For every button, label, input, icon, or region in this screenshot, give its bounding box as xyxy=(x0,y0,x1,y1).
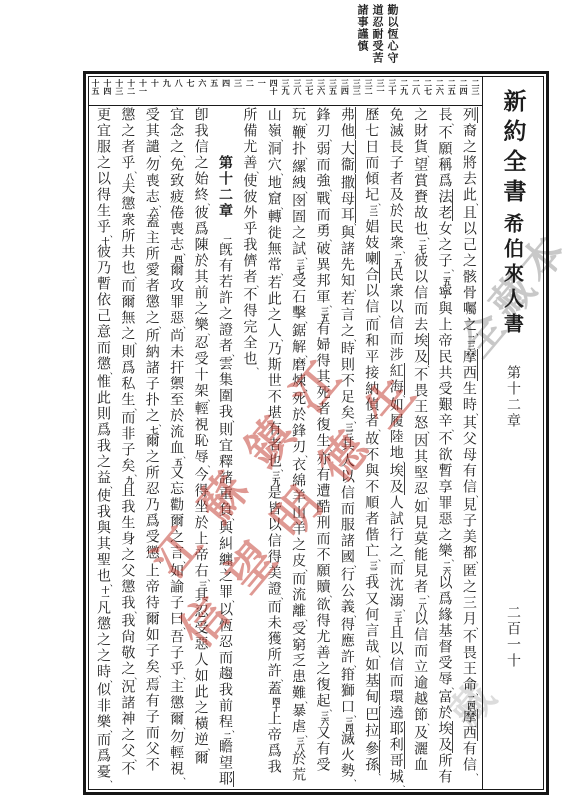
inline-verse-number: 二八 xyxy=(418,597,428,611)
ideographic-comma: 、 xyxy=(126,611,136,613)
inline-verse-number: 三五 xyxy=(321,307,331,321)
ideographic-comma: 、 xyxy=(297,157,307,159)
ideographic-comma: 、 xyxy=(297,619,307,621)
inline-verse-number: 二六 xyxy=(442,561,452,575)
ideographic-comma: 、 xyxy=(273,207,283,209)
ideographic-comma: 、 xyxy=(273,273,283,275)
ideographic-comma: 、 xyxy=(346,665,356,667)
ideographic-comma: 、 xyxy=(175,677,185,679)
margin-verse-number: 三七 xyxy=(306,79,314,95)
ideographic-comma: 、 xyxy=(175,155,185,157)
proper-noun-mark: 紅海 xyxy=(388,363,405,395)
ideographic-comma: 、 xyxy=(395,559,405,561)
ideographic-comma: 、 xyxy=(126,677,136,679)
ideographic-comma: 、 xyxy=(419,431,429,433)
proper-noun-mark: 摩西 xyxy=(461,349,478,381)
margin-verse-number: 十 xyxy=(151,79,159,87)
proper-noun-mark: 埃及 xyxy=(412,333,429,365)
ideographic-comma: 、 xyxy=(419,365,429,367)
proper-noun-mark: 埃及 xyxy=(436,721,453,753)
ideographic-comma: 、 xyxy=(273,679,283,681)
inline-verse-number: 二七 xyxy=(418,239,428,253)
inline-verse-number: 二四 xyxy=(467,695,477,709)
ideographic-comma: 、 xyxy=(273,597,283,599)
ideographic-comma: 、 xyxy=(248,367,258,369)
proper-noun-mark: 耶利哥 xyxy=(388,721,405,769)
margin-verse-number: 三四 xyxy=(341,79,349,95)
ideographic-comma: 、 xyxy=(346,173,356,175)
ideographic-comma: 、 xyxy=(151,675,161,677)
inline-verse-number: 三三 xyxy=(345,423,355,437)
ideographic-comma: 、 xyxy=(102,680,112,682)
text-column: 卽我信之始終、彼爲陳於其前之樂、忍受十架、輕視恥辱、今得坐於上帝右、三其忍受惡人… xyxy=(190,107,212,787)
ideographic-comma: 、 xyxy=(224,518,234,520)
text-column: 宜念之、免致疲倦喪志、四爾攻罪惡、尚未扞禦至於流血、五又忘勸爾之言、如諭子曰、吾… xyxy=(165,107,187,787)
margin-verse-number: 八 xyxy=(175,79,183,87)
ideographic-comma: 、 xyxy=(346,565,356,567)
proper-noun-mark: 埃及 xyxy=(388,463,405,495)
margin-verse-number: 三八 xyxy=(294,79,302,95)
chapter-label: 第十二章 xyxy=(503,365,523,429)
ideographic-comma: 、 xyxy=(297,455,307,457)
summary-column: 道忍耐受苦 xyxy=(371,4,384,64)
ideographic-comma: 、 xyxy=(346,289,356,291)
ideographic-comma: 、 xyxy=(248,285,258,287)
text-column: 受其譴、勿喪志、六蓋主所愛者懲之、所納諸子扑之、七爾之所忍乃爲受懲、上帝待爾如子… xyxy=(141,107,163,787)
ideographic-comma: 、 xyxy=(200,333,210,335)
margin-verse-number: 三六 xyxy=(318,79,326,95)
ideographic-comma: 、 xyxy=(273,339,283,341)
inline-verse-number: 八 xyxy=(125,173,135,180)
margin-verse-number: 二九 xyxy=(401,79,409,95)
ideographic-comma: 、 xyxy=(322,449,332,451)
ideographic-comma: 、 xyxy=(322,139,332,141)
inline-verse-number: 二九 xyxy=(394,253,404,267)
ideographic-comma: 、 xyxy=(151,561,161,563)
chapter-heading: 第十二章 xyxy=(217,155,233,219)
text-column: 長、不願稱爲法老女之子、二五寧與上帝民共受艱辛、不欲暫享罪惡之樂、二六以爲緣基督… xyxy=(433,107,455,787)
ideographic-comma: 、 xyxy=(419,497,429,499)
ideographic-comma: 、 xyxy=(322,595,332,597)
inline-verse-number: 四十 xyxy=(272,697,282,711)
ideographic-comma: 、 xyxy=(126,408,136,410)
summary-column: 勤以恆心守 xyxy=(386,4,399,64)
ideographic-comma: 、 xyxy=(297,321,307,323)
margin-verse-number: 三二 xyxy=(365,79,373,95)
ideographic-comma: 、 xyxy=(346,339,356,341)
margin-verse-number: 二三 xyxy=(472,79,480,95)
text-column: 弗他、大衞、撒母耳、與諸先知、若言之、時則不足矣、三三其人以信而服諸國、行公義、… xyxy=(336,107,358,787)
margin-verse-number: 十一 xyxy=(140,79,148,95)
inline-verse-number: 三四 xyxy=(345,717,355,731)
inline-verse-number: 三六 xyxy=(321,711,331,725)
ideographic-comma: 、 xyxy=(443,123,453,125)
page-number: 二百一十 xyxy=(503,605,523,669)
ideographic-comma: 、 xyxy=(175,561,185,563)
ideographic-comma: 、 xyxy=(297,569,307,571)
ideographic-comma: 、 xyxy=(297,355,307,357)
margin-verse-number: 五 xyxy=(211,79,219,87)
ideographic-comma: 、 xyxy=(102,372,112,374)
margin-verse-number: 二七 xyxy=(425,79,433,95)
page-frame: 二三二四二五二六二七二八二九三十三一三二三三三四三五三六三七三八三九四十一二三四… xyxy=(88,76,544,790)
ideographic-comma: 、 xyxy=(346,779,356,781)
margin-verse-number: 九 xyxy=(163,79,171,87)
proper-noun-mark: 弗他 xyxy=(339,107,356,139)
ideographic-comma: 、 xyxy=(468,561,478,563)
ideographic-comma: 、 xyxy=(175,627,185,629)
ideographic-comma: 、 xyxy=(102,780,112,782)
ideographic-comma: 、 xyxy=(126,759,136,761)
proper-noun-mark: 參孫 xyxy=(363,741,380,773)
ideographic-comma: 、 xyxy=(175,777,185,779)
inline-verse-number: 三二 xyxy=(369,561,379,575)
proper-noun-mark: 撒母耳 xyxy=(339,175,356,223)
inline-verse-number: 二五 xyxy=(442,271,452,285)
inline-verse-number: 九 xyxy=(125,476,135,483)
text-column: 玩、鞭扑、縲絏、囹圄之試、三七受石擊、鋸解、磨煉、死於鋒刃、衣綿羊山羊之皮、而流… xyxy=(287,107,309,787)
margin-verse-number: 十五 xyxy=(92,79,100,95)
ideographic-comma: 、 xyxy=(468,773,478,775)
inline-verse-number: 六 xyxy=(150,207,160,214)
ideographic-comma: 、 xyxy=(200,203,210,205)
title-strip: 新約全書 希伯來人書 第十二章 二百一十 xyxy=(482,77,543,789)
ideographic-comma: 、 xyxy=(297,123,307,125)
ideographic-comma: 、 xyxy=(273,139,283,141)
proper-noun-mark: 摩西 xyxy=(461,709,478,741)
inline-verse-number: 三七 xyxy=(296,259,306,273)
margin-verse-number: 三三 xyxy=(353,79,361,95)
text-column: 歷七日而傾圮、三一娼妓喇合以信、而和平接納偵者、故不與不順者偕亡、三二我又何言哉… xyxy=(360,107,382,787)
ideographic-comma: 、 xyxy=(297,389,307,391)
margin-verse-number: 十四 xyxy=(104,79,112,95)
margin-verse-number: 三 xyxy=(235,79,243,87)
ideographic-comma: 、 xyxy=(200,748,210,750)
margin-verse-number: 十二 xyxy=(128,79,136,95)
text-column: 山嶺、洞穴、地窟、轉徙無常、若此之人、乃斯世不堪有者也、三九是皆以信得美證、而未… xyxy=(263,107,285,787)
margin-verse-number: 一 xyxy=(258,79,266,87)
margin-verse-number: 三十 xyxy=(389,79,397,95)
ideographic-comma: 、 xyxy=(443,429,453,431)
ideographic-comma: 、 xyxy=(468,495,478,497)
margin-verse-number: 三九 xyxy=(282,79,290,95)
ideographic-comma: 、 xyxy=(370,739,380,741)
text-column: 鋒刃、弱而強、戰而勇、破異邦軍、三五有婦得其死者復生、亦有遭酷刑而不願贖、欲得尤… xyxy=(312,107,334,787)
ideographic-comma: 、 xyxy=(224,354,234,356)
proper-noun-mark: 大衞 xyxy=(339,141,356,173)
text-column: 免滅長子者及於民衆、二九民衆以信而涉紅海、如履陸地、埃及人試行之、而沈溺、三十且… xyxy=(385,107,407,787)
inline-verse-number: 五 xyxy=(174,458,184,465)
ideographic-comma: 、 xyxy=(151,155,161,157)
chapter-summary-note: 勤以恆心守道忍耐受苦諸事謹慎 xyxy=(213,4,399,64)
ideographic-comma: 、 xyxy=(102,730,112,732)
inline-verse-number: 十 xyxy=(101,237,111,244)
ideographic-comma: 、 xyxy=(370,655,380,657)
inline-verse-number: 二三 xyxy=(467,335,477,349)
inline-verse-number: 二 xyxy=(223,732,233,739)
margin-verse-number: 三五 xyxy=(330,79,338,95)
book-title: 新約全書 xyxy=(497,89,530,209)
ideographic-comma: 、 xyxy=(273,173,283,175)
text-column: 更宜服之以得生乎、十彼乃暫依己意而懲、惟此則爲我之益、使我與其聖也、十一凡懲之之… xyxy=(92,107,114,787)
proper-noun-mark: 列 xyxy=(461,107,478,123)
ideographic-comma: 、 xyxy=(370,773,380,775)
text-column: 所備尤善、使彼外乎我儕者、不得完全也、 xyxy=(238,107,260,787)
ideographic-comma: 、 xyxy=(200,465,210,467)
ideographic-comma: 、 xyxy=(346,223,356,225)
margin-verse-number: 二 xyxy=(246,79,254,87)
ideographic-comma: 、 xyxy=(346,139,356,141)
ideographic-comma: 、 xyxy=(224,420,234,422)
ideographic-comma: 、 xyxy=(395,785,405,787)
ideographic-comma: 、 xyxy=(126,276,136,278)
ideographic-comma: 、 xyxy=(200,399,210,401)
ideographic-comma: 、 xyxy=(175,727,185,729)
text-column: 第十二章 一旣有若許之證者、雲集圍我、則宜釋諸重負、與糾纏之罪、以恆忍而趨我前程… xyxy=(214,107,236,787)
ideographic-comma: 、 xyxy=(468,627,478,629)
margin-verse-number: 四 xyxy=(223,79,231,87)
proper-noun-mark: 法老 xyxy=(436,189,453,221)
ideographic-comma: 、 xyxy=(322,189,332,191)
proper-noun-mark: 喇合 xyxy=(363,251,380,283)
ideographic-comma: 、 xyxy=(370,315,380,317)
text-column: 懲之者乎、八夫懲衆所共也、而爾無之、則爲私生、而非子矣、九且我生身之父懲我、我尙… xyxy=(116,107,138,787)
inline-verse-number: 一 xyxy=(223,235,233,242)
ideographic-comma: 、 xyxy=(151,326,161,328)
ideographic-comma: 、 xyxy=(102,486,112,488)
margin-verse-number: 二八 xyxy=(413,79,421,95)
margin-verse-number: 十三 xyxy=(116,79,124,95)
text-columns: 列裔之將去此、且以己之骸骨囑之、二三摩西生時、其父母有信、見子美都、匿之三月、不… xyxy=(92,107,480,787)
ideographic-comma: 、 xyxy=(126,342,136,344)
inline-verse-number: 四 xyxy=(174,255,184,262)
margin-verse-number: 二四 xyxy=(460,79,468,95)
inline-verse-number: 三 xyxy=(199,581,209,588)
ideographic-comma: 、 xyxy=(443,687,453,689)
ideographic-comma: 、 xyxy=(224,600,234,602)
summary-column: 諸事謹慎 xyxy=(356,4,369,64)
ideographic-comma: 、 xyxy=(468,203,478,205)
inline-verse-number: 三八 xyxy=(296,737,306,751)
inline-verse-number: 三一 xyxy=(369,205,379,219)
margin-verse-number: 二五 xyxy=(448,79,456,95)
ideographic-comma: 、 xyxy=(346,615,356,617)
ideographic-comma: 、 xyxy=(322,239,332,241)
proper-noun-mark: 巴拉 xyxy=(363,707,380,739)
ideographic-comma: 、 xyxy=(468,413,478,415)
margin-verse-number: 二六 xyxy=(436,79,444,95)
margin-verse-number: 四十 xyxy=(270,79,278,95)
proper-noun-mark: 基甸 xyxy=(363,673,380,705)
ideographic-comma: 、 xyxy=(395,461,405,463)
margin-verse-number: 七 xyxy=(187,79,195,87)
ideographic-comma: 、 xyxy=(419,155,429,157)
section-title: 希伯來人書 xyxy=(499,213,528,338)
text-column: 列裔之將去此、且以己之骸骨囑之、二三摩西生時、其父母有信、見子美都、匿之三月、不… xyxy=(458,107,480,787)
inline-verse-number: 七 xyxy=(150,426,160,433)
text-column: 之財貨、望賞賚故也、二七彼以信而去埃及、不畏王怒、因其堅忍、如見莫能見者、二八以… xyxy=(409,107,431,787)
inline-verse-number: 三九 xyxy=(272,471,282,485)
ideographic-comma: 、 xyxy=(248,171,258,173)
ideographic-comma: 、 xyxy=(175,326,185,328)
inline-verse-number: 十一 xyxy=(101,586,111,600)
ideographic-comma: 、 xyxy=(370,705,380,707)
ideographic-comma: 、 xyxy=(297,191,307,193)
margin-verse-number: 三一 xyxy=(377,79,385,95)
ideographic-comma: 、 xyxy=(419,723,429,725)
ideographic-comma: 、 xyxy=(297,701,307,703)
inline-verse-number: 三十 xyxy=(394,611,404,625)
ideographic-comma: 、 xyxy=(370,429,380,431)
verse-number-strip: 二三二四二五二六二七二八二九三十三一三二三三三四三五三六三七三八三九四十一二三四… xyxy=(89,77,483,106)
ideographic-comma: 、 xyxy=(395,395,405,397)
margin-verse-number: 六 xyxy=(199,79,207,87)
